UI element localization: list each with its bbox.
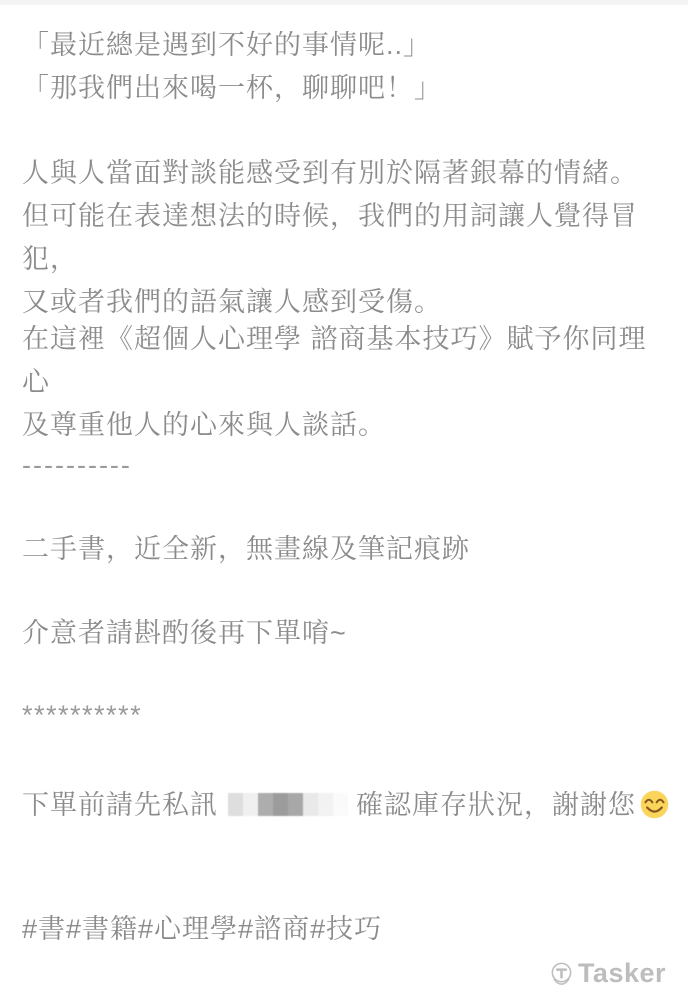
hashtags-line[interactable]: #書#書籍#心理學#諮商#技巧: [22, 908, 672, 951]
dash-divider: ----------: [22, 444, 672, 487]
redacted-contact: [228, 793, 348, 816]
quote-paragraph: 「最近總是遇到不好的事情呢..」 「那我們出來喝一杯，聊聊吧！」: [22, 24, 672, 110]
order-prefix-text: 下單前請先私訊: [22, 790, 218, 820]
notice-line: 介意者請斟酌後再下單唷~: [22, 612, 672, 655]
paragraph-line: 及尊重他人的心來與人談話。: [22, 404, 672, 447]
smiling-emoji-icon: [639, 789, 670, 820]
top-strip: [0, 0, 688, 5]
tasker-brand-text: Tasker: [578, 960, 666, 987]
paragraph-line: 人與人當面對談能感受到有別於隔著銀幕的情緒。: [22, 152, 672, 195]
condition-line: 二手書，近全新，無畫線及筆記痕跡: [22, 528, 672, 571]
paragraph-line: 但可能在表達想法的時候，我們的用詞讓人覺得冒犯，: [22, 195, 672, 281]
order-suffix-text: 確認庫存狀況，謝謝您: [356, 790, 636, 820]
paragraph-line: 在這裡《超個人心理學 諮商基本技巧》賦予你同理心: [22, 318, 672, 404]
body-paragraph-1: 人與人當面對談能感受到有別於隔著銀幕的情緒。 但可能在表達想法的時候，我們的用詞…: [22, 152, 672, 324]
quote-line-2: 「那我們出來喝一杯，聊聊吧！」: [22, 67, 672, 110]
listing-description-page: 「最近總是遇到不好的事情呢..」 「那我們出來喝一杯，聊聊吧！」 人與人當面對談…: [0, 0, 688, 1000]
order-instruction-line: 下單前請先私訊確認庫存狀況，謝謝您: [22, 784, 672, 827]
quote-line-1: 「最近總是遇到不好的事情呢..」: [22, 24, 672, 67]
tasker-logo-icon: [548, 960, 575, 987]
body-paragraph-2: 在這裡《超個人心理學 諮商基本技巧》賦予你同理心 及尊重他人的心來與人談話。: [22, 318, 672, 447]
star-divider: **********: [22, 694, 672, 737]
tasker-watermark: Tasker: [548, 960, 666, 987]
